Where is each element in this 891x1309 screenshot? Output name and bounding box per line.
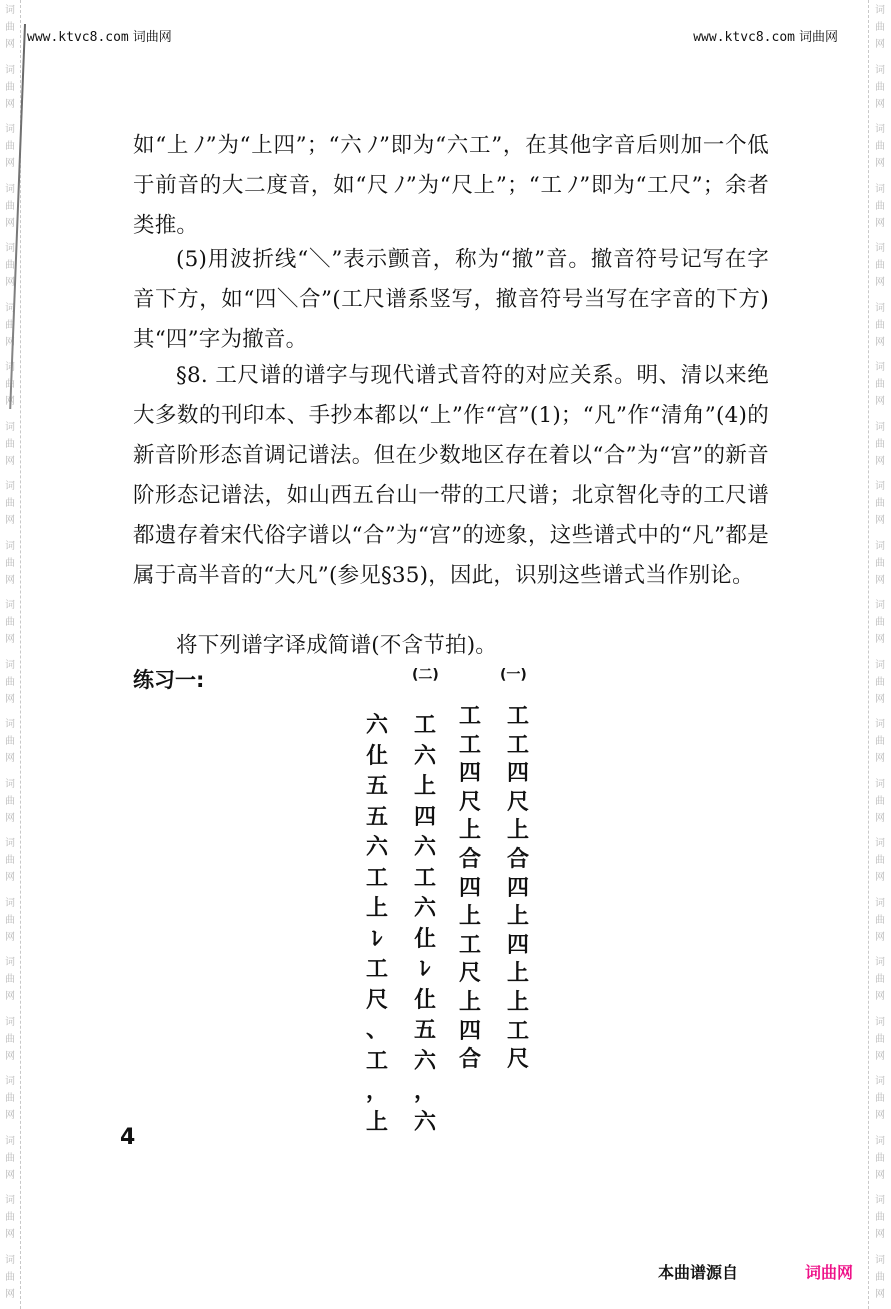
watermark-group: 词曲网 (875, 893, 885, 953)
header-right-site: 词曲网 (799, 30, 838, 45)
watermark-char: 网 (875, 750, 885, 767)
watermark-char: 曲 (875, 376, 885, 393)
notation-char: 合 (455, 845, 485, 874)
notation-char: 、 (362, 1015, 392, 1046)
notation-char: 仩 (410, 924, 440, 955)
notation-char: 工 (362, 1046, 392, 1077)
watermark-char: 词 (875, 300, 885, 317)
notation-column: 六仩五五六工上ﾚ工尺、工，上 (362, 710, 392, 1137)
notation-char: 工 (503, 731, 533, 760)
notation-char: 上 (503, 816, 533, 845)
watermark-group: 词曲网 (875, 60, 885, 120)
watermark-char: 曲 (875, 1031, 885, 1048)
watermark-char: 网 (875, 1107, 885, 1124)
watermark-char: 曲 (875, 674, 885, 691)
watermark-group: 词曲网 (5, 952, 15, 1012)
watermark-char: 曲 (875, 793, 885, 810)
watermark-char: 曲 (875, 79, 885, 96)
notation-char: 上 (362, 893, 392, 924)
notation-char: ﾚ (410, 954, 440, 985)
watermark-char: 曲 (875, 198, 885, 215)
watermark-char: 网 (875, 274, 885, 291)
watermark-char: 曲 (5, 495, 15, 512)
watermark-char: 词 (5, 1133, 15, 1150)
watermark-group: 词曲网 (875, 536, 885, 596)
watermark-char: 词 (875, 121, 885, 138)
notation-char: 六 (410, 1046, 440, 1077)
watermark-group: 词曲网 (875, 595, 885, 655)
watermark-char: 词 (875, 1252, 885, 1269)
watermark-char: 网 (875, 1167, 885, 1184)
notation-char: 五 (362, 771, 392, 802)
watermark-char: 曲 (875, 971, 885, 988)
watermark-char: 曲 (5, 138, 15, 155)
notation-char: 六 (362, 832, 392, 863)
notation-char: 上 (503, 959, 533, 988)
paragraph-4-instruction: 将下列谱字译成简谱(不含节拍)。 (133, 626, 769, 666)
watermark-char: 网 (5, 512, 15, 529)
watermark-char: 词 (5, 240, 15, 257)
watermark-group: 词曲网 (875, 833, 885, 893)
watermark-char: 曲 (875, 1269, 885, 1286)
watermark-char: 网 (875, 393, 885, 410)
watermark-char: 曲 (875, 138, 885, 155)
paragraph-text: (5)用波折线“＼”表示颤音，称为“撤”音。撤音符号记写在字音下方，如“四＼合”… (133, 240, 769, 360)
watermark-group: 词曲网 (875, 238, 885, 298)
watermark-char: 词 (875, 1133, 885, 1150)
notation-column: 工工四尺上合四上工尺上四合 (455, 702, 485, 1074)
watermark-char: 网 (5, 155, 15, 172)
notation-char: 工 (362, 954, 392, 985)
watermark-char: 曲 (875, 317, 885, 334)
notation-char: 上 (455, 816, 485, 845)
watermark-char: 网 (875, 988, 885, 1005)
notation-char: 工 (410, 710, 440, 741)
watermark-char: 词 (875, 2, 885, 19)
watermark-group: 词曲网 (875, 417, 885, 477)
notation-char: 四 (410, 802, 440, 833)
watermark-char: 词 (5, 1192, 15, 1209)
watermark-char: 词 (5, 478, 15, 495)
notation-char: 仩 (410, 985, 440, 1016)
watermark-char: 词 (875, 181, 885, 198)
piece-label-2: (二) (412, 664, 439, 684)
watermark-char: 曲 (875, 1209, 885, 1226)
watermark-char: 词 (5, 597, 15, 614)
watermark-group: 词曲网 (875, 1012, 885, 1072)
watermark-group: 词曲网 (5, 476, 15, 536)
watermark-char: 网 (875, 334, 885, 351)
watermark-char: 网 (875, 453, 885, 470)
watermark-group: 词曲网 (875, 298, 885, 358)
watermark-char: 曲 (875, 614, 885, 631)
watermark-char: 词 (875, 419, 885, 436)
paragraph-text: 如“上 ﾉ”为“上四”；“六 ﾉ”即为“六工”，在其他字音后则加一个低于前音的大… (133, 126, 769, 246)
watermark-char: 曲 (5, 555, 15, 572)
watermark-group: 词曲网 (875, 952, 885, 1012)
notation-char: 工 (455, 731, 485, 760)
watermark-group: 词曲网 (5, 1012, 15, 1072)
watermark-char: 网 (875, 215, 885, 232)
watermark-char: 曲 (875, 19, 885, 36)
watermark-char: 词 (5, 1073, 15, 1090)
notation-column: 工六上四六工六仩ﾚ仩五六，六 (410, 710, 440, 1137)
watermark-char: 词 (875, 478, 885, 495)
notation-char: 合 (455, 1045, 485, 1074)
watermark-char: 网 (875, 1048, 885, 1065)
paragraph-text: 将下列谱字译成简谱(不含节拍)。 (133, 626, 769, 666)
watermark-char: 词 (5, 2, 15, 19)
watermark-char: 曲 (875, 495, 885, 512)
watermark-group: 词曲网 (875, 476, 885, 536)
watermark-char: 网 (875, 810, 885, 827)
watermark-char: 词 (875, 716, 885, 733)
watermark-char: 词 (875, 62, 885, 79)
watermark-char: 网 (5, 1107, 15, 1124)
notation-char: ， (362, 1076, 392, 1107)
watermark-group: 词曲网 (5, 1250, 15, 1309)
notation-char: 四 (503, 874, 533, 903)
paragraph-1: 如“上 ﾉ”为“上四”；“六 ﾉ”即为“六工”，在其他字音后则加一个低于前音的大… (133, 126, 769, 246)
watermark-group: 词曲网 (5, 60, 15, 120)
watermark-char: 词 (5, 181, 15, 198)
watermark-char: 网 (5, 1167, 15, 1184)
notation-char: 四 (455, 874, 485, 903)
notation-char: 尺 (503, 1045, 533, 1074)
watermark-char: 词 (875, 240, 885, 257)
watermark-char: 词 (5, 835, 15, 852)
notation-char: 工 (455, 931, 485, 960)
header-left-url[interactable]: www.ktvc8.com (27, 30, 129, 45)
watermark-char: 网 (875, 155, 885, 172)
watermark-char: 曲 (5, 674, 15, 691)
watermark-group: 词曲网 (875, 119, 885, 179)
watermark-group: 词曲网 (5, 0, 15, 60)
watermark-group: 词曲网 (875, 1071, 885, 1131)
notation-char: 上 (503, 988, 533, 1017)
notation-char: 仩 (362, 741, 392, 772)
watermark-char: 网 (875, 1286, 885, 1303)
watermark-char: 曲 (5, 1090, 15, 1107)
watermark-group: 词曲网 (875, 1131, 885, 1191)
watermark-group: 词曲网 (875, 0, 885, 60)
notation-char: 尺 (362, 985, 392, 1016)
notation-char: 工 (455, 702, 485, 731)
notation-char: 四 (503, 931, 533, 960)
watermark-char: 词 (875, 1073, 885, 1090)
watermark-char: 曲 (5, 1269, 15, 1286)
notation-char: 上 (362, 1107, 392, 1138)
watermark-char: 词 (5, 62, 15, 79)
watermark-char: 网 (5, 1226, 15, 1243)
watermark-char: 网 (5, 988, 15, 1005)
watermark-group: 词曲网 (5, 774, 15, 834)
watermark-char: 网 (5, 1048, 15, 1065)
watermark-group: 词曲网 (5, 179, 15, 239)
paragraph-2: (5)用波折线“＼”表示颤音，称为“撤”音。撤音符号记写在字音下方，如“四＼合”… (133, 240, 769, 360)
notation-char: 四 (503, 759, 533, 788)
watermark-group: 词曲网 (5, 893, 15, 953)
watermark-group: 词曲网 (5, 655, 15, 715)
notation-char: 六 (410, 893, 440, 924)
watermark-char: 网 (5, 36, 15, 53)
notation-char: 五 (362, 802, 392, 833)
watermark-char: 词 (875, 657, 885, 674)
watermark-char: 网 (875, 869, 885, 886)
watermark-char: 曲 (5, 79, 15, 96)
watermark-char: 词 (875, 538, 885, 555)
watermark-char: 词 (5, 895, 15, 912)
watermark-group: 词曲网 (5, 1190, 15, 1250)
watermark-group: 词曲网 (5, 119, 15, 179)
watermark-char: 网 (875, 96, 885, 113)
watermark-char: 网 (5, 810, 15, 827)
watermark-char: 词 (875, 1192, 885, 1209)
page-number: 4 (120, 1125, 135, 1150)
watermark-char: 词 (5, 121, 15, 138)
watermark-char: 网 (5, 750, 15, 767)
notation-char: 工 (503, 702, 533, 731)
notation-char: ， (410, 1076, 440, 1107)
watermark-char: 曲 (875, 257, 885, 274)
watermark-char: 词 (875, 1014, 885, 1031)
watermark-char: 词 (5, 1252, 15, 1269)
header-right: www.ktvc8.com词曲网 (693, 26, 838, 45)
watermark-group: 词曲网 (5, 1071, 15, 1131)
watermark-char: 网 (875, 1226, 885, 1243)
notation-char: 六 (410, 741, 440, 772)
watermark-char: 网 (875, 36, 885, 53)
watermark-char: 词 (875, 776, 885, 793)
watermark-char: 曲 (5, 912, 15, 929)
watermark-char: 词 (5, 538, 15, 555)
watermark-group: 词曲网 (875, 714, 885, 774)
watermark-group: 词曲网 (875, 179, 885, 239)
watermark-char: 词 (5, 954, 15, 971)
notation-char: 上 (410, 771, 440, 802)
watermark-char: 曲 (5, 198, 15, 215)
watermark-char: 网 (875, 512, 885, 529)
notation-char: 工 (362, 863, 392, 894)
watermark-group: 词曲网 (875, 1190, 885, 1250)
watermark-char: 曲 (875, 1150, 885, 1167)
watermark-char: 网 (875, 929, 885, 946)
notation-char: 上 (503, 902, 533, 931)
watermark-char: 网 (5, 929, 15, 946)
header-left: www.ktvc8.com词曲网 (27, 26, 172, 45)
watermark-char: 网 (5, 572, 15, 589)
notation-char: 五 (410, 1015, 440, 1046)
notation-char: 六 (410, 1107, 440, 1138)
watermark-char: 词 (5, 716, 15, 733)
watermark-char: 词 (875, 359, 885, 376)
notation-char: 四 (455, 1017, 485, 1046)
watermark-group: 词曲网 (5, 714, 15, 774)
watermark-char: 曲 (5, 1031, 15, 1048)
watermark-char: 词 (5, 1014, 15, 1031)
watermark-char: 曲 (875, 1090, 885, 1107)
watermark-char: 词 (875, 597, 885, 614)
watermark-char: 词 (875, 835, 885, 852)
watermark-char: 曲 (5, 19, 15, 36)
notation-char: ﾚ (362, 924, 392, 955)
notation-char: 上 (455, 988, 485, 1017)
paragraph-text: §8. 工尺谱的谱字与现代谱式音符的对应关系。明、清以来绝大多数的刊印本、手抄本… (133, 356, 769, 596)
notation-char: 六 (410, 832, 440, 863)
footer-site-link[interactable]: 词曲网 (805, 1260, 853, 1283)
watermark-group: 词曲网 (5, 536, 15, 596)
watermark-char: 曲 (875, 852, 885, 869)
watermark-char: 网 (875, 572, 885, 589)
watermark-char: 曲 (875, 436, 885, 453)
watermark-char: 词 (875, 895, 885, 912)
watermark-char: 词 (5, 419, 15, 436)
paragraph-3-section-8: §8. 工尺谱的谱字与现代谱式音符的对应关系。明、清以来绝大多数的刊印本、手抄本… (133, 356, 769, 596)
watermark-char: 曲 (5, 436, 15, 453)
watermark-char: 网 (875, 631, 885, 648)
watermark-char: 曲 (5, 971, 15, 988)
notation-char: 上 (455, 902, 485, 931)
watermark-group: 词曲网 (5, 595, 15, 655)
footer-source-label: 本曲谱源自 (658, 1260, 738, 1283)
watermark-char: 曲 (5, 733, 15, 750)
watermark-char: 曲 (5, 1209, 15, 1226)
right-watermark-strip: 词曲网词曲网词曲网词曲网词曲网词曲网词曲网词曲网词曲网词曲网词曲网词曲网词曲网词… (868, 0, 891, 1309)
watermark-char: 词 (875, 954, 885, 971)
watermark-group: 词曲网 (5, 417, 15, 477)
notation-char: 工 (503, 1017, 533, 1046)
watermark-char: 曲 (5, 852, 15, 869)
watermark-char: 网 (5, 869, 15, 886)
watermark-group: 词曲网 (5, 1131, 15, 1191)
header-left-site: 词曲网 (133, 30, 172, 45)
watermark-group: 词曲网 (875, 357, 885, 417)
watermark-char: 曲 (875, 733, 885, 750)
watermark-char: 网 (5, 691, 15, 708)
watermark-char: 词 (5, 776, 15, 793)
notation-char: 尺 (455, 788, 485, 817)
watermark-char: 曲 (5, 1150, 15, 1167)
notation-char: 四 (455, 759, 485, 788)
watermark-group: 词曲网 (5, 833, 15, 893)
watermark-char: 网 (5, 453, 15, 470)
piece-label-1: (一) (500, 664, 527, 684)
watermark-char: 曲 (5, 614, 15, 631)
exercise-label: 练习一: (133, 664, 204, 694)
watermark-char: 曲 (875, 555, 885, 572)
notation-char: 六 (362, 710, 392, 741)
notation-char: 工 (410, 863, 440, 894)
watermark-group: 词曲网 (875, 655, 885, 715)
watermark-char: 网 (5, 631, 15, 648)
notation-column: 工工四尺上合四上四上上工尺 (503, 702, 533, 1074)
notation-char: 尺 (455, 959, 485, 988)
watermark-char: 词 (5, 657, 15, 674)
watermark-char: 网 (5, 1286, 15, 1303)
watermark-char: 曲 (875, 912, 885, 929)
watermark-group: 词曲网 (875, 774, 885, 834)
watermark-char: 网 (5, 215, 15, 232)
watermark-char: 网 (5, 96, 15, 113)
header-right-url[interactable]: www.ktvc8.com (693, 30, 795, 45)
watermark-char: 网 (875, 691, 885, 708)
watermark-char: 曲 (5, 793, 15, 810)
notation-char: 合 (503, 845, 533, 874)
notation-char: 尺 (503, 788, 533, 817)
watermark-group: 词曲网 (875, 1250, 885, 1309)
